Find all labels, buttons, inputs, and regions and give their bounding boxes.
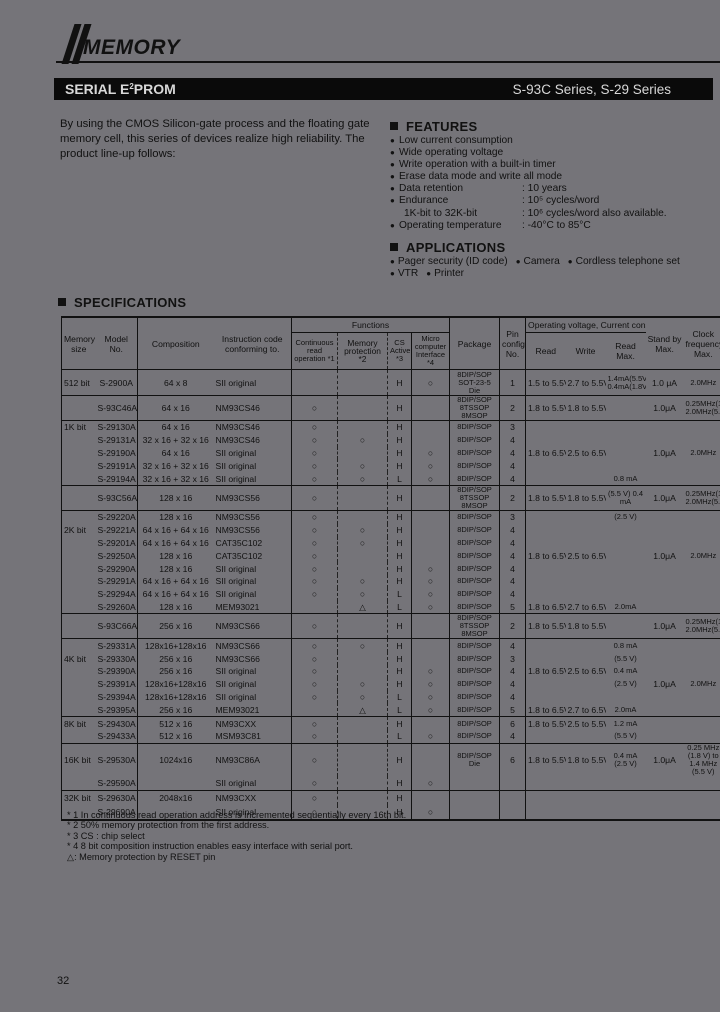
cell-clock <box>684 524 720 537</box>
application-item: Camera <box>524 256 560 267</box>
cell-micro <box>412 652 450 665</box>
cell-instr: CAT35C102 <box>214 537 292 550</box>
col-memory-protection: Memory protection *2 <box>338 333 388 370</box>
cell-instr: SII original <box>214 691 292 704</box>
square-bullet-icon <box>390 122 398 130</box>
banner-series: S-93C Series, S-29 Series <box>513 82 671 97</box>
cell-micro <box>412 524 450 537</box>
cell-clock: 2.0MHz <box>684 370 720 396</box>
cell-pin: 4 <box>500 639 526 652</box>
cell-prot <box>338 614 388 639</box>
table-row: S-29391A128x16+128x16SII original○○H○8DI… <box>62 678 720 691</box>
cell-instr: MEM93021 <box>214 601 292 614</box>
cell-write <box>566 652 606 665</box>
table-row: S-29395A256 x 16MEM93021△L○8DIP/SOP51.8 … <box>62 703 720 716</box>
cell-clock <box>684 652 720 665</box>
cell-readmax <box>606 614 646 639</box>
table-row: S-29390A256 x 16SII original○H○8DIP/SOP4… <box>62 665 720 678</box>
cell-model: S-29390A <box>96 665 138 678</box>
cell-cont: ○ <box>292 524 338 537</box>
cell-standby <box>646 639 684 652</box>
cell-size <box>62 665 96 678</box>
cell-pin: 4 <box>500 575 526 588</box>
cell-pkg: 8DIP/SOP <box>450 665 500 678</box>
cell-instr: SII original <box>214 459 292 472</box>
cell-clock <box>684 790 720 805</box>
cell-pin <box>500 776 526 791</box>
cell-pkg: 8DIP/SOP <box>450 537 500 550</box>
cell-model: S-29191A <box>96 459 138 472</box>
bullet-icon: ● <box>516 257 521 266</box>
feature-item: ●Endurance: 10⁵ cycles/word <box>390 195 710 207</box>
cell-standby <box>646 472 684 485</box>
cell-size <box>62 730 96 743</box>
application-item: VTR <box>398 268 418 279</box>
cell-size <box>62 601 96 614</box>
cell-pkg: 8DIP/SOP <box>450 703 500 716</box>
cell-micro: ○ <box>412 678 450 691</box>
cell-read <box>526 510 566 523</box>
cell-prot <box>338 776 388 791</box>
cell-size <box>62 614 96 639</box>
cell-model: S-29220A <box>96 510 138 523</box>
cell-read <box>526 691 566 704</box>
cell-cont: ○ <box>292 639 338 652</box>
table-row: S-29194A32 x 16 + 32 x 16SII original○○L… <box>62 472 720 485</box>
cell-prot: △ <box>338 703 388 716</box>
cell-write <box>566 691 606 704</box>
cell-model: S-29394A <box>96 691 138 704</box>
cell-read <box>526 537 566 550</box>
table-row: S-29260A128 x 16MEM93021△L○8DIP/SOP51.8 … <box>62 601 720 614</box>
cell-standby: 1.0μA <box>646 678 684 691</box>
cell-comp: 256 x 16 <box>138 703 214 716</box>
cell-model: S-29260A <box>96 601 138 614</box>
cell-readmax <box>606 549 646 562</box>
table-row: S-29131A32 x 16 + 32 x 16NM93CS46○○H8DIP… <box>62 434 720 447</box>
cell-write: 2.7 to 6.5V <box>566 703 606 716</box>
cell-cont: ○ <box>292 790 338 805</box>
cell-size <box>62 549 96 562</box>
cell-readmax: 2.0mA <box>606 703 646 716</box>
bullet-icon: ● <box>390 183 399 195</box>
cell-read: 1.8 to 6.5V <box>526 665 566 678</box>
cell-cs: H <box>388 396 412 421</box>
square-bullet-icon <box>58 298 66 306</box>
cell-clock <box>684 691 720 704</box>
footnote: * 3 CS : chip select <box>67 831 406 841</box>
cell-comp: 64 x 16 + 64 x 16 <box>138 588 214 601</box>
table-row: S-29331A128x16+128x16NM93CS66○○H8DIP/SOP… <box>62 639 720 652</box>
cell-clock <box>684 459 720 472</box>
cell-prot <box>338 665 388 678</box>
features-list: ●Low current consumption●Wide operating … <box>390 135 710 232</box>
cell-standby <box>646 717 684 730</box>
table-row: S-93C66A256 x 16NM93CS66○H8DIP/SOP 8TSSO… <box>62 614 720 639</box>
cell-cs: H <box>388 652 412 665</box>
cell-model: S-29530A <box>96 743 138 776</box>
cell-pin <box>500 805 526 820</box>
cell-cs: H <box>388 743 412 776</box>
cell-cs: H <box>388 678 412 691</box>
table-row: S-29201A64 x 16 + 64 x 16CAT35C102○○H8DI… <box>62 537 720 550</box>
cell-prot <box>338 421 388 434</box>
table-row: S-29294A64 x 16 + 64 x 16SII original○○L… <box>62 588 720 601</box>
cell-cs: H <box>388 524 412 537</box>
cell-instr: SII original <box>214 678 292 691</box>
cell-readmax <box>606 524 646 537</box>
cell-write: 1.8 to 5.5V <box>566 743 606 776</box>
cell-comp: 128 x 16 <box>138 549 214 562</box>
cell-comp: 128x16+128x16 <box>138 691 214 704</box>
cell-clock <box>684 601 720 614</box>
bullet-icon: ● <box>390 147 399 159</box>
cell-write: 2.5 to 6.5V <box>566 549 606 562</box>
cell-model: S-29330A <box>96 652 138 665</box>
cell-comp: 256 x 16 <box>138 665 214 678</box>
cell-standby <box>646 562 684 575</box>
cell-cont <box>292 370 338 396</box>
cell-write: 2.7 to 5.5V <box>566 370 606 396</box>
cell-read <box>526 434 566 447</box>
cell-read: 1.8 to 5.5V <box>526 743 566 776</box>
cell-write <box>566 537 606 550</box>
col-read-max: Read Max. <box>606 333 646 370</box>
cell-readmax: (5.5 V) <box>606 652 646 665</box>
cell-standby <box>646 434 684 447</box>
cell-size <box>62 485 96 510</box>
cell-micro: ○ <box>412 703 450 716</box>
cell-read: 1.8 to 5.5V <box>526 614 566 639</box>
table-row: S-29590ASII original○H○ <box>62 776 720 791</box>
cell-model: S-93C56A <box>96 485 138 510</box>
cell-readmax <box>606 691 646 704</box>
cell-readmax: (5.5 V) 0.4 mA <box>606 485 646 510</box>
cell-comp: 64 x 16 <box>138 396 214 421</box>
cell-instr: NM93CS46 <box>214 396 292 421</box>
cell-readmax: 1.4mA(5.5V) 0.4mA(1.8V) <box>606 370 646 396</box>
cell-standby <box>646 537 684 550</box>
cell-pin: 6 <box>500 743 526 776</box>
cell-model: S-29391A <box>96 678 138 691</box>
footnote: △: Memory protection by RESET pin <box>67 852 406 862</box>
cell-cs: L <box>388 730 412 743</box>
col-micro-interface: Micro computer Interface *4 <box>412 333 450 370</box>
cell-pkg: 8DIP/SOP <box>450 601 500 614</box>
cell-pin: 4 <box>500 730 526 743</box>
col-continuous-read: Continuous read operation *1 <box>292 333 338 370</box>
cell-cs: H <box>388 510 412 523</box>
table-row: S-29190A64 x 16SII original○H○8DIP/SOP41… <box>62 447 720 460</box>
col-pin-config: Pin config No. <box>500 317 526 370</box>
cell-pkg: 8DIP/SOP Die <box>450 743 500 776</box>
cell-model: S-29194A <box>96 472 138 485</box>
cell-model: S-29131A <box>96 434 138 447</box>
cell-model: S-93C46A <box>96 396 138 421</box>
features-section: FEATURES ●Low current consumption●Wide o… <box>390 119 710 232</box>
table-row: 32K bitS-29630A2048x16NM93CXX○H <box>62 790 720 805</box>
cell-cs: H <box>388 537 412 550</box>
cell-clock <box>684 717 720 730</box>
table-row: S-29220A128 x 16NM93CS56○H8DIP/SOP3(2.5 … <box>62 510 720 523</box>
cell-comp: 32 x 16 + 32 x 16 <box>138 434 214 447</box>
cell-pin: 2 <box>500 485 526 510</box>
cell-readmax: (5.5 V) <box>606 730 646 743</box>
cell-standby <box>646 776 684 791</box>
cell-write <box>566 790 606 805</box>
cell-clock <box>684 575 720 588</box>
cell-instr: NM93CS46 <box>214 434 292 447</box>
cell-cs: L <box>388 601 412 614</box>
cell-size <box>62 639 96 652</box>
bullet-icon: ● <box>390 269 395 278</box>
cell-instr: NM93CS56 <box>214 485 292 510</box>
cell-cont <box>292 601 338 614</box>
cell-read: 1.8 to 6.5V <box>526 703 566 716</box>
cell-prot <box>338 485 388 510</box>
cell-micro <box>412 639 450 652</box>
cell-readmax: 2.0mA <box>606 601 646 614</box>
intro-paragraph: By using the CMOS Silicon-gate process a… <box>60 117 378 162</box>
cell-standby <box>646 703 684 716</box>
page-number: 32 <box>57 975 69 987</box>
cell-micro: ○ <box>412 665 450 678</box>
cell-instr: NM93CXX <box>214 717 292 730</box>
cell-prot: ○ <box>338 691 388 704</box>
table-row: S-93C56A128 x 16NM93CS56○H8DIP/SOP 8TSSO… <box>62 485 720 510</box>
square-bullet-icon <box>390 243 398 251</box>
col-read: Read <box>526 333 566 370</box>
cell-clock: 0.25MHz(1.8V) 2.0MHz(5.5V) <box>684 485 720 510</box>
cell-prot <box>338 730 388 743</box>
cell-instr: SII original <box>214 562 292 575</box>
applications-section: APPLICATIONS ●Pager security (ID code)●C… <box>390 240 710 280</box>
cell-comp: 512 x 16 <box>138 730 214 743</box>
cell-comp: 128x16+128x16 <box>138 678 214 691</box>
bullet-icon: ● <box>390 171 399 183</box>
cell-micro: ○ <box>412 730 450 743</box>
cell-micro <box>412 717 450 730</box>
cell-instr: SII original <box>214 370 292 396</box>
cell-micro <box>412 396 450 421</box>
cell-clock <box>684 562 720 575</box>
cell-model: S-2900A <box>96 370 138 396</box>
cell-write <box>566 588 606 601</box>
cell-standby: 1.0μA <box>646 396 684 421</box>
cell-write: 2.5 to 6.5V <box>566 447 606 460</box>
cell-comp: 64 x 16 + 64 x 16 <box>138 575 214 588</box>
cell-cont: ○ <box>292 396 338 421</box>
applications-heading: APPLICATIONS <box>390 240 710 255</box>
cell-read: 1.8 to 6.5V <box>526 549 566 562</box>
cell-comp <box>138 776 214 791</box>
cell-size <box>62 537 96 550</box>
cell-cont: ○ <box>292 575 338 588</box>
cell-prot <box>338 370 388 396</box>
cell-clock <box>684 730 720 743</box>
cell-comp: 64 x 16 + 64 x 16 <box>138 524 214 537</box>
specifications-heading: SPECIFICATIONS <box>58 295 186 310</box>
cell-cs: H <box>388 562 412 575</box>
cell-size: 1K bit <box>62 421 96 434</box>
cell-size: 8K bit <box>62 717 96 730</box>
cell-readmax <box>606 421 646 434</box>
cell-instr: MEM93021 <box>214 703 292 716</box>
cell-cont: ○ <box>292 665 338 678</box>
cell-pkg: 8DIP/SOP <box>450 588 500 601</box>
col-cs-active: CS Active *3 <box>388 333 412 370</box>
cell-clock <box>684 421 720 434</box>
cell-pkg: 8DIP/SOP <box>450 472 500 485</box>
cell-readmax: 0.4 mA (2.5 V) <box>606 743 646 776</box>
cell-instr: NM93CS66 <box>214 652 292 665</box>
cell-prot: ○ <box>338 472 388 485</box>
application-item: Cordless telephone set <box>576 256 680 267</box>
cell-standby <box>646 421 684 434</box>
cell-instr: NM93CS46 <box>214 421 292 434</box>
cell-clock <box>684 537 720 550</box>
cell-pin: 5 <box>500 601 526 614</box>
cell-comp: 2048x16 <box>138 790 214 805</box>
cell-model: S-29291A <box>96 575 138 588</box>
bullet-icon: ● <box>390 257 395 266</box>
cell-size <box>62 510 96 523</box>
cell-cont <box>292 703 338 716</box>
cell-read <box>526 639 566 652</box>
cell-micro: ○ <box>412 601 450 614</box>
cell-readmax <box>606 575 646 588</box>
cell-size <box>62 588 96 601</box>
cell-model: S-29630A <box>96 790 138 805</box>
cell-micro <box>412 549 450 562</box>
cell-standby <box>646 459 684 472</box>
cell-clock <box>684 639 720 652</box>
cell-pkg: 8DIP/SOP <box>450 510 500 523</box>
cell-pkg: 8DIP/SOP <box>450 575 500 588</box>
cell-prot <box>338 652 388 665</box>
cell-cont: ○ <box>292 510 338 523</box>
cell-readmax <box>606 447 646 460</box>
cell-standby: 1.0μA <box>646 614 684 639</box>
cell-size: 2K bit <box>62 524 96 537</box>
cell-model: S-29395A <box>96 703 138 716</box>
cell-pin: 3 <box>500 510 526 523</box>
cell-cont: ○ <box>292 652 338 665</box>
col-functions: Functions <box>292 317 450 333</box>
cell-clock <box>684 510 720 523</box>
cell-comp: 64 x 16 <box>138 421 214 434</box>
cell-write <box>566 524 606 537</box>
cell-read <box>526 472 566 485</box>
cell-micro <box>412 485 450 510</box>
cell-cs: H <box>388 575 412 588</box>
cell-instr: SII original <box>214 447 292 460</box>
cell-readmax <box>606 459 646 472</box>
cell-instr: SII original <box>214 472 292 485</box>
cell-prot <box>338 717 388 730</box>
cell-comp: 128 x 16 <box>138 601 214 614</box>
cell-pin: 4 <box>500 537 526 550</box>
col-clock: Clock frequency Max. <box>684 317 720 370</box>
cell-prot <box>338 510 388 523</box>
cell-write <box>566 678 606 691</box>
cell-pin: 3 <box>500 421 526 434</box>
cell-size <box>62 396 96 421</box>
cell-pkg: 8DIP/SOP <box>450 447 500 460</box>
feature-item: ●Data retention: 10 years <box>390 183 710 195</box>
cell-size <box>62 472 96 485</box>
cell-comp: 128x16+128x16 <box>138 639 214 652</box>
bullet-icon: ● <box>390 159 399 171</box>
cell-size <box>62 575 96 588</box>
cell-pin: 4 <box>500 665 526 678</box>
cell-model: S-29294A <box>96 588 138 601</box>
cell-micro: ○ <box>412 776 450 791</box>
cell-read <box>526 805 566 820</box>
cell-comp: 32 x 16 + 32 x 16 <box>138 459 214 472</box>
cell-model: S-29130A <box>96 421 138 434</box>
cell-clock <box>684 434 720 447</box>
cell-prot <box>338 790 388 805</box>
cell-micro <box>412 743 450 776</box>
cell-standby <box>646 510 684 523</box>
table-row: 512 bitS-2900A64 x 8SII originalH○8DIP/S… <box>62 370 720 396</box>
cell-cont: ○ <box>292 472 338 485</box>
col-model-no: Model No. <box>96 317 138 370</box>
cell-cs: H <box>388 776 412 791</box>
cell-prot: △ <box>338 601 388 614</box>
cell-comp: 512 x 16 <box>138 717 214 730</box>
cell-model: S-29430A <box>96 717 138 730</box>
cell-pin: 4 <box>500 447 526 460</box>
cell-model: S-29221A <box>96 524 138 537</box>
cell-cont: ○ <box>292 717 338 730</box>
cell-comp: 128 x 16 <box>138 510 214 523</box>
banner-title: SERIAL E2PROM <box>65 81 176 97</box>
cell-read <box>526 575 566 588</box>
cell-readmax: 1.2 mA <box>606 717 646 730</box>
cell-prot <box>338 396 388 421</box>
cell-size <box>62 459 96 472</box>
cell-pin: 6 <box>500 717 526 730</box>
cell-model: S-29433A <box>96 730 138 743</box>
cell-cs: L <box>388 691 412 704</box>
cell-cs: H <box>388 717 412 730</box>
bullet-icon: ● <box>390 195 399 207</box>
table-row: 2K bitS-29221A64 x 16 + 64 x 16NM93CS56○… <box>62 524 720 537</box>
applications-list: ●Pager security (ID code)●Camera●Cordles… <box>390 256 710 280</box>
cell-comp: 256 x 16 <box>138 614 214 639</box>
table-row: 16K bitS-29530A1024x16NM93C86A○H8DIP/SOP… <box>62 743 720 776</box>
table-row: S-29394A128x16+128x16SII original○○L○8DI… <box>62 691 720 704</box>
cell-pin: 5 <box>500 703 526 716</box>
cell-pkg: 8DIP/SOP <box>450 421 500 434</box>
cell-pkg: 8DIP/SOP 8TSSOP 8MSOP <box>450 614 500 639</box>
cell-read: 1.8 to 5.5V <box>526 717 566 730</box>
cell-instr: NM93CS66 <box>214 639 292 652</box>
cell-clock <box>684 805 720 820</box>
cell-size <box>62 562 96 575</box>
col-composition: Composition <box>138 317 214 370</box>
cell-micro: ○ <box>412 459 450 472</box>
cell-standby <box>646 652 684 665</box>
cell-cs: L <box>388 588 412 601</box>
cell-pkg: 8DIP/SOP 8TSSOP 8MSOP <box>450 396 500 421</box>
cell-cont: ○ <box>292 421 338 434</box>
cell-cs: H <box>388 459 412 472</box>
footnote: * 1 In continuous read operation address… <box>67 810 406 820</box>
cell-write <box>566 421 606 434</box>
